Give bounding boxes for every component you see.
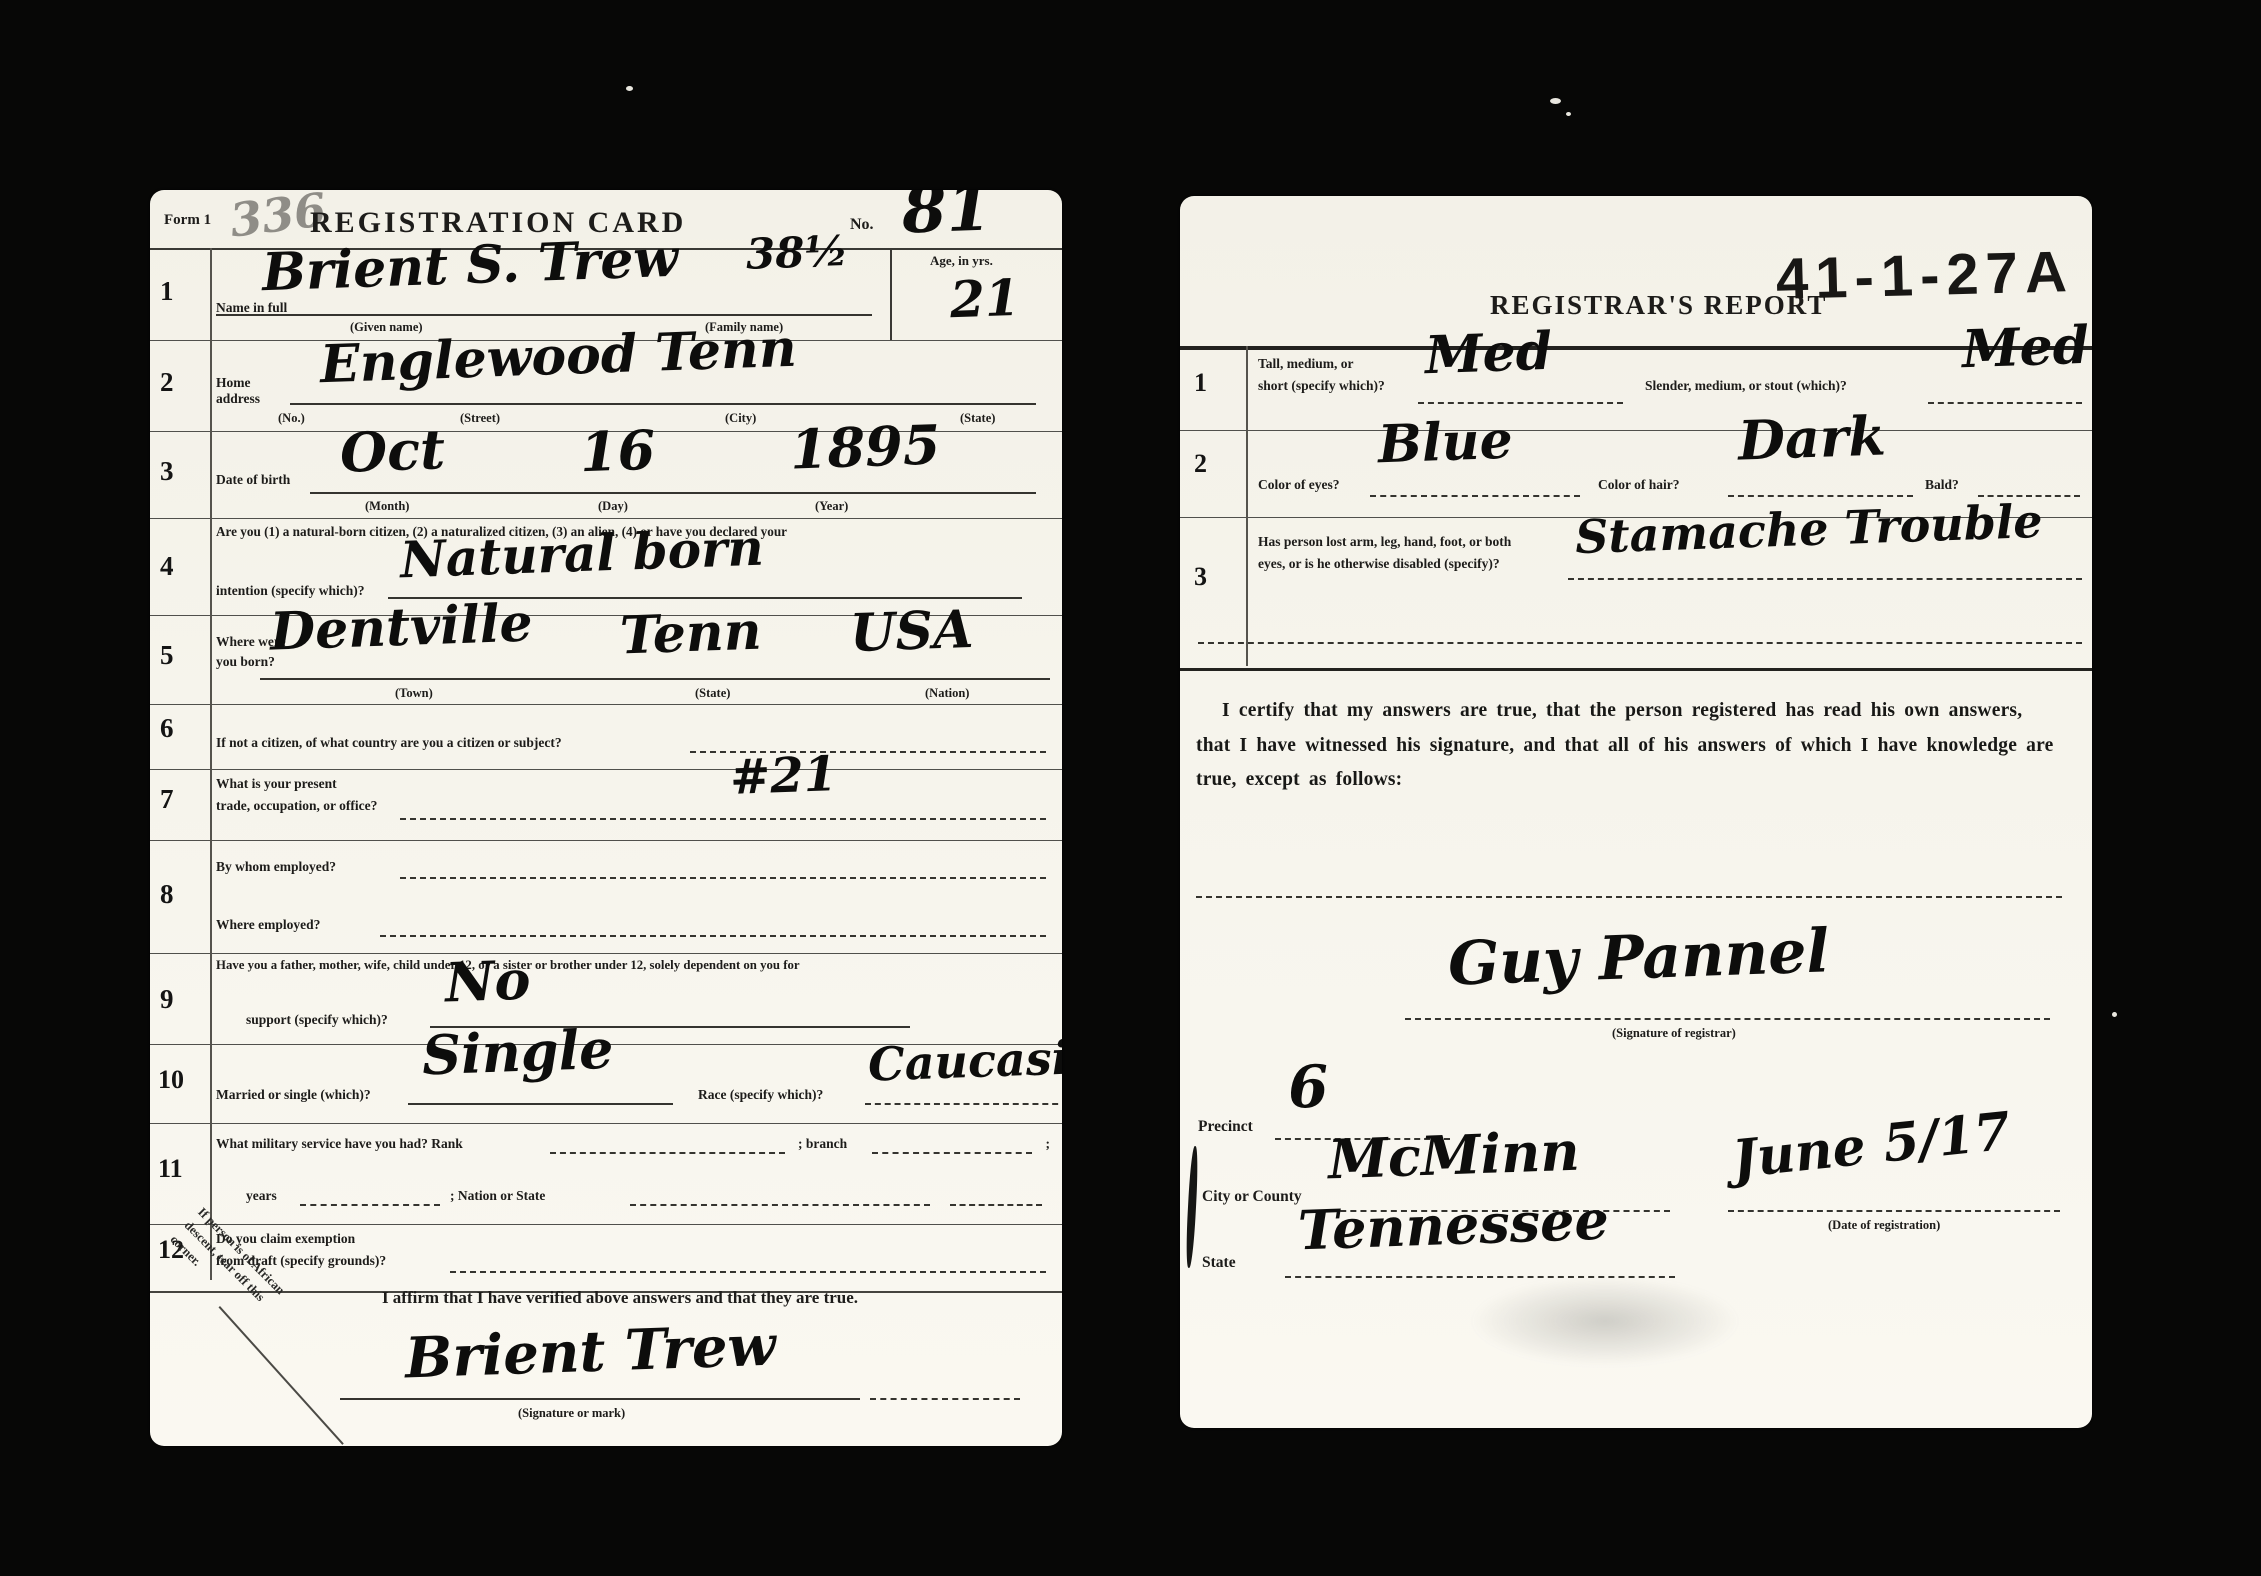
writing-line <box>260 678 1050 680</box>
sublabel-town: (Town) <box>395 686 433 701</box>
affirmation-statement: I affirm that I have verified above answ… <box>240 1288 1000 1308</box>
row-number: 3 <box>1194 562 1207 592</box>
handwritten-birth-year: 1895 <box>789 417 941 476</box>
writing-line <box>216 314 872 316</box>
handwritten-disability: Stamache Trouble <box>1574 498 2043 560</box>
blank-answer-line <box>450 1271 1046 1273</box>
blank-answer-line <box>630 1204 930 1206</box>
handwritten-eye-color: Blue <box>1377 415 1513 472</box>
sublabel-state: (State) <box>960 411 995 426</box>
dust-speck <box>626 86 633 91</box>
handwritten-race: Caucasian <box>867 1032 1062 1087</box>
question-row-7: 7 What is your present trade, occupation… <box>150 770 1062 841</box>
question-line1: Have you a father, mother, wife, child u… <box>216 958 1058 973</box>
question-table: 1 Name in full Brient S. Trew 38½ (Given… <box>150 248 1062 1293</box>
handwritten-number-note: 38½ <box>745 230 849 276</box>
age-label: Age, in yrs. <box>930 253 993 269</box>
registrant-signature: Brient Trew <box>404 1318 776 1387</box>
row-number: 2 <box>160 367 174 398</box>
report-header: REGISTRAR'S REPORT 41-1-27A <box>1180 196 2092 350</box>
description-table: 1 Tall, medium, or short (specify which)… <box>1180 346 2092 671</box>
state-label: State <box>1202 1254 1236 1272</box>
row-number: 2 <box>1194 449 1207 479</box>
sublabel-day: (Day) <box>598 499 628 514</box>
question-branch: ; branch <box>798 1136 847 1152</box>
question-disability-line2: eyes, or is he otherwise disabled (speci… <box>1258 556 1500 572</box>
row-number: 4 <box>160 551 174 582</box>
registrars-report-card: REGISTRAR'S REPORT 41-1-27A 1 Tall, medi… <box>1180 196 2092 1428</box>
question-bald: Bald? <box>1925 477 1959 493</box>
age-value: 21 <box>949 273 1020 325</box>
handwritten-state: Tennessee <box>1297 1193 1609 1258</box>
blank-answer-line <box>300 1204 440 1206</box>
row-number: 1 <box>160 276 174 307</box>
pencil-smudge <box>1470 1276 1740 1366</box>
signature-line <box>340 1398 860 1400</box>
certification-paragraph: I certify that my answers are true, that… <box>1196 694 2058 798</box>
handwritten-hair-color: Dark <box>1737 408 1886 467</box>
answer-line <box>1418 402 1623 404</box>
sublabel-state: (State) <box>695 686 730 701</box>
question-line2: trade, occupation, or office? <box>216 798 377 814</box>
question-married-single: Married or single (which)? <box>216 1087 371 1103</box>
handwritten-build: Med <box>1961 320 2090 376</box>
blank-continuation-line <box>1198 642 2082 644</box>
registrar-signature: Guy Pannel <box>1447 921 1830 994</box>
question-label-line2: you born? <box>216 654 275 670</box>
question-disability-line1: Has person lost arm, leg, hand, foot, or… <box>1258 534 1511 550</box>
row-number: 10 <box>158 1065 184 1095</box>
scanned-draft-registration-document: Form 1 336 REGISTRATION CARD No. 81 1 Na… <box>0 0 2261 1576</box>
question-line2: intention (specify which)? <box>216 583 365 599</box>
precinct-label: Precinct <box>1198 1118 1253 1136</box>
question-years: years <box>246 1188 277 1204</box>
question-line1: What is your present <box>216 776 337 792</box>
question-where-employed: Where employed? <box>216 917 320 933</box>
dust-speck <box>2112 1012 2117 1017</box>
handwritten-birth-month: Oct <box>339 422 446 480</box>
question-row-3: 3 Date of birth Oct 16 1895 (Month) (Day… <box>150 432 1062 519</box>
row-number: 5 <box>160 640 174 671</box>
question-nation-or-state: ; Nation or State <box>450 1188 545 1204</box>
row-number: 7 <box>160 784 174 815</box>
handwritten-birth-town: Dentville <box>269 597 533 658</box>
signature-of-registrar-label: (Signature of registrar) <box>1612 1026 1736 1041</box>
question-military-rank: What military service have you had? Rank <box>216 1136 463 1152</box>
blank-answer-line <box>380 935 1046 937</box>
question-label: Home address <box>216 375 280 407</box>
age-box: Age, in yrs. 21 <box>890 248 1062 340</box>
answer-line <box>865 1103 1062 1105</box>
writing-line <box>408 1103 673 1105</box>
question-height-line2: short (specify which)? <box>1258 378 1385 394</box>
sublabel-no: (No.) <box>278 411 305 426</box>
row-number: 1 <box>1194 368 1207 398</box>
form-label: Form 1 <box>164 212 211 229</box>
registration-card: Form 1 336 REGISTRATION CARD No. 81 1 Na… <box>150 190 1062 1446</box>
no-label: No. <box>850 216 874 234</box>
number-column-divider <box>210 248 212 1280</box>
sublabel-month: (Month) <box>365 499 409 514</box>
handwritten-precinct: 6 <box>1287 1057 1329 1116</box>
signature-or-mark-label: (Signature or mark) <box>518 1406 625 1421</box>
answer-line <box>1568 578 2082 580</box>
answer-line <box>1728 495 1913 497</box>
question-hair-color: Color of hair? <box>1598 477 1680 493</box>
dust-speck <box>1566 112 1571 116</box>
date-line <box>1728 1210 2060 1212</box>
row-number: 9 <box>160 984 174 1015</box>
question-row-10: 10 Married or single (which)? Single Rac… <box>150 1045 1062 1124</box>
city-county-label: City or County <box>1202 1188 1302 1206</box>
exception-blank-line <box>1196 896 2062 898</box>
sublabel-year: (Year) <box>815 499 848 514</box>
question-row-8: 8 By whom employed? Where employed? <box>150 841 1062 954</box>
question-by-whom-employed: By whom employed? <box>216 859 336 875</box>
report-row-1: 1 Tall, medium, or short (specify which)… <box>1180 346 2092 431</box>
question-eye-color: Color of eyes? <box>1258 477 1339 493</box>
writing-line <box>290 403 1036 405</box>
handwritten-birth-nation: USA <box>849 604 974 660</box>
handwritten-home-address: Englewood Tenn <box>319 323 797 392</box>
sublabel-nation: (Nation) <box>925 686 969 701</box>
semicolon-tail: ; <box>1046 1136 1051 1152</box>
handwritten-name: Brient S. Trew <box>261 233 679 299</box>
writing-line <box>310 492 1036 494</box>
row-number: 11 <box>158 1154 183 1184</box>
blank-answer-line <box>550 1152 785 1154</box>
sublabel-street: (Street) <box>460 411 500 426</box>
blank-answer-line <box>950 1204 1042 1206</box>
handwritten-marital-status: Single <box>421 1022 614 1083</box>
handwritten-birth-state: Tenn <box>619 606 762 663</box>
question-build: Slender, medium, or stout (which)? <box>1645 378 1847 394</box>
handwritten-citizenship: Natural born <box>399 523 764 586</box>
question-line2: support (specify which)? <box>246 1012 388 1028</box>
signature-line <box>1405 1018 2050 1020</box>
no-value: 81 <box>901 190 992 244</box>
question-label: Date of birth <box>216 472 290 488</box>
handwritten-trade: #21 <box>729 750 838 802</box>
handwritten-birth-day: 16 <box>579 423 656 480</box>
answer-line <box>400 818 1046 820</box>
row-number: 3 <box>160 456 174 487</box>
question-label: If not a citizen, of what country are yo… <box>216 735 562 751</box>
question-row-11: 11 What military service have you had? R… <box>150 1124 1062 1225</box>
blank-answer-line <box>400 877 1046 879</box>
sublabel-city: (City) <box>725 411 756 426</box>
row-number: 6 <box>160 713 174 744</box>
handwritten-dependents: No <box>444 953 531 1010</box>
question-height-line1: Tall, medium, or <box>1258 356 1354 372</box>
handwritten-height: Med <box>1424 326 1553 382</box>
handwritten-county: McMinn <box>1327 1124 1580 1187</box>
blank-answer-line <box>872 1152 1032 1154</box>
dust-speck <box>1550 98 1561 104</box>
question-race: Race (specify which)? <box>698 1087 823 1103</box>
number-column-divider <box>1246 346 1248 666</box>
question-row-5: 5 Where were you born? Dentville Tenn US… <box>150 616 1062 705</box>
answer-line <box>1928 402 2082 404</box>
report-row-3: 3 Has person lost arm, leg, hand, foot, … <box>1180 518 2092 668</box>
signature-line-continued <box>870 1398 1020 1400</box>
row-number: 8 <box>160 879 174 910</box>
answer-line <box>1370 495 1580 497</box>
question-row-6: 6 If not a citizen, of what country are … <box>150 705 1062 770</box>
file-number-stamp: 41-1-27A <box>1775 238 2074 313</box>
